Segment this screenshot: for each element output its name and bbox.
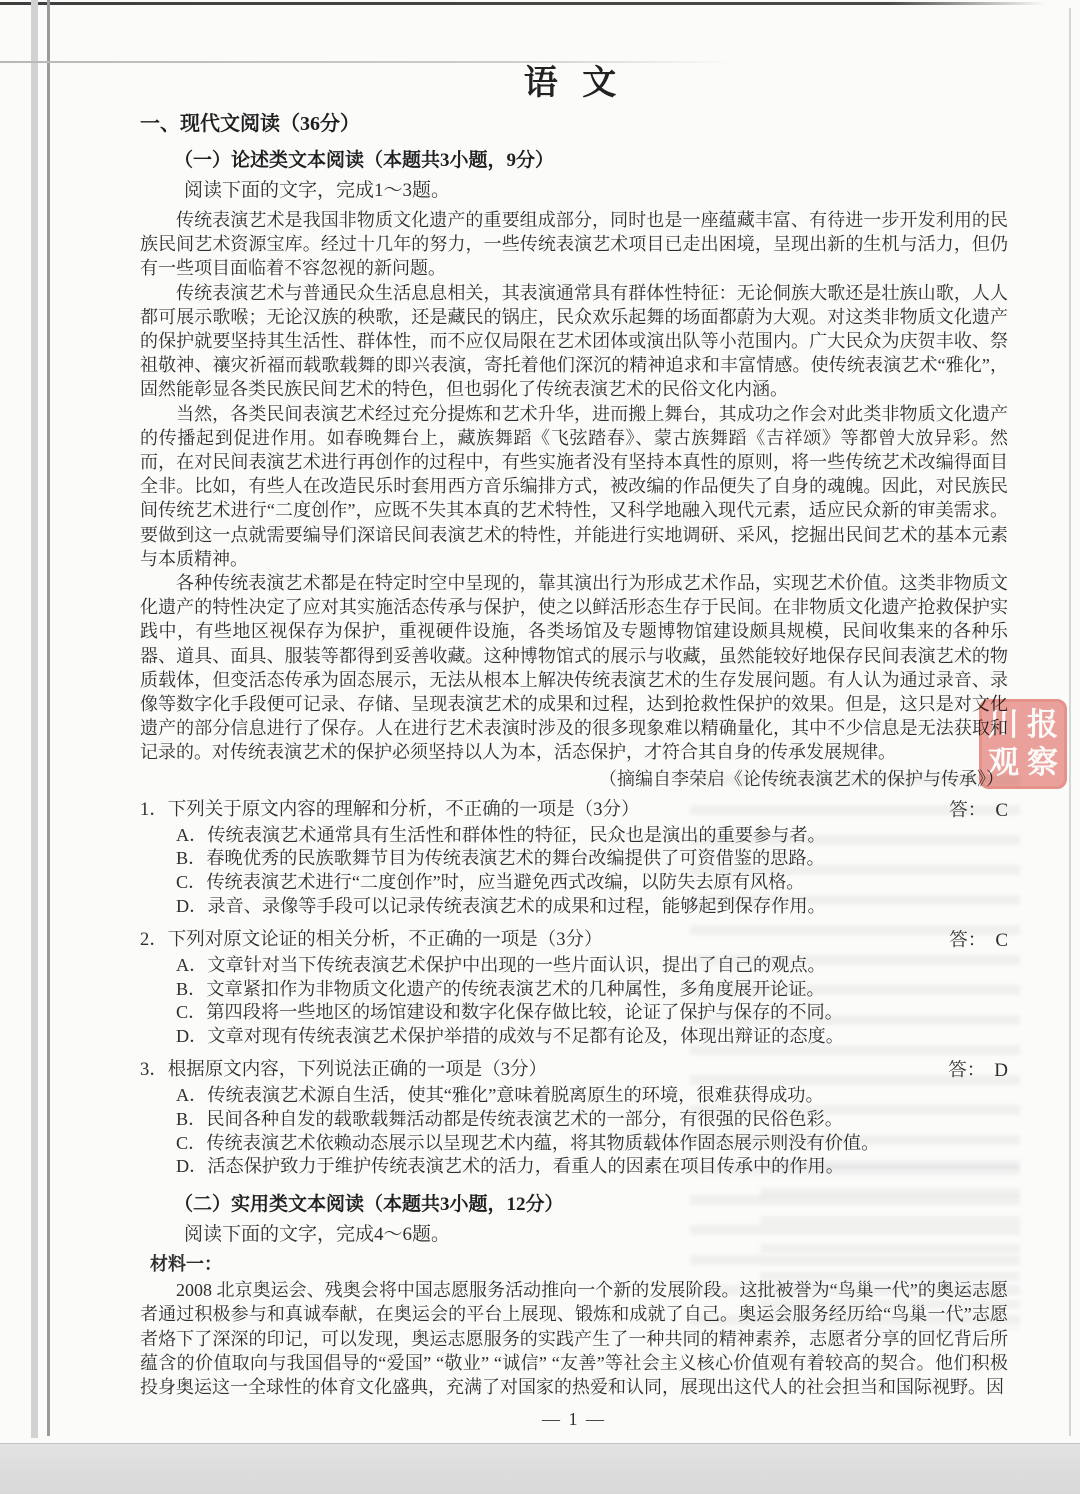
question-1-row: 1．下列关于原文内容的理解和分析，不正确的一项是（3分） 答：C bbox=[140, 798, 1008, 824]
question-2-option-d: D．文章对现有传统表演艺术保护举措的成效与不足都有论及，体现出辩证的态度。 bbox=[176, 1025, 1008, 1049]
question-1-option-b: B．春晚优秀的民族歌舞节目为传统表演艺术的舞台改编提供了可资借鉴的思路。 bbox=[176, 847, 1008, 871]
question-1: 1．下列关于原文内容的理解和分析，不正确的一项是（3分） 答：C A．传统表演艺… bbox=[140, 798, 1008, 919]
answer-letter: D bbox=[994, 1060, 1008, 1081]
question-2-option-b: B．文章紧扣作为非物质文化遗产的传统表演艺术的几种属性，多角度展开论证。 bbox=[176, 978, 1008, 1002]
article-attribution: （摘编自李荣启《论传统表演艺术的保护与传承》） bbox=[140, 767, 1008, 791]
question-2-stem: 2．下列对原文论证的相关分析，不正确的一项是（3分） bbox=[140, 928, 603, 953]
chuanbao-guancha-watermark-seal: 川 报 观 察 bbox=[979, 699, 1067, 789]
question-1-option-c: C．传统表演艺术进行“二度创作”时，应当避免西式改编，以防失去原有风格。 bbox=[176, 871, 1008, 895]
question-1-stem: 1．下列关于原文内容的理解和分析，不正确的一项是（3分） bbox=[140, 798, 640, 823]
question-3-option-c: C．传统表演艺术依赖动态展示以呈现艺术内蕴，将其物质载体作固态展示则没有价值。 bbox=[176, 1132, 1008, 1156]
page-content: 语 文 一、现代文阅读（36分） （一）论述类文本阅读（本题共3小题，9分） 阅… bbox=[140, 64, 1008, 1431]
part1-instruction: 阅读下面的文字，完成1～3题。 bbox=[184, 179, 1008, 203]
question-3-answer: 答：D bbox=[948, 1058, 1008, 1084]
seal-char: 观 bbox=[988, 746, 1019, 780]
question-3-option-a: A．传统表演艺术源自生活，使其“雅化”意味着脱离原生的环境，很难获得成功。 bbox=[176, 1084, 1008, 1108]
material-one-paragraph: 2008 北京奥运会、残奥会将中国志愿服务活动推向一个新的发展阶段。这批被誉为“… bbox=[140, 1278, 1008, 1399]
answer-label: 答： bbox=[948, 1061, 985, 1081]
scan-right-edge-line bbox=[1069, 8, 1071, 1436]
scan-top-edge-line bbox=[0, 2, 1046, 5]
question-3-option-b: B．民间各种自发的载歌载舞活动都是传统表演艺术的一部分，有很强的民俗色彩。 bbox=[176, 1108, 1008, 1132]
part2-instruction: 阅读下面的文字，完成4～6题。 bbox=[184, 1223, 1008, 1247]
answer-letter: C bbox=[995, 930, 1008, 951]
page-number: — 1 — bbox=[140, 1407, 1008, 1431]
question-1-answer: 答：C bbox=[949, 798, 1008, 824]
scan-left-band bbox=[31, 0, 38, 1438]
question-3-option-d: D．活态保护致力于维护传统表演艺术的活力，看重人的因素在项目传承中的作用。 bbox=[176, 1155, 1008, 1179]
scan-faint-horizontal-line bbox=[0, 61, 735, 63]
scanned-exam-page: 语 文 一、现代文阅读（36分） （一）论述类文本阅读（本题共3小题，9分） 阅… bbox=[0, 0, 1080, 1443]
question-3: 3．根据原文内容，下列说法正确的一项是（3分） 答：D A．传统表演艺术源自生活… bbox=[140, 1058, 1008, 1179]
article-paragraph-4: 各种传统表演艺术都是在特定时空中呈现的，靠其演出行为形成艺术作品，实现艺术价值。… bbox=[140, 571, 1008, 765]
article-paragraph-1: 传统表演艺术是我国非物质文化遗产的重要组成部分，同时也是一座蕴藏丰富、有待进一步… bbox=[140, 208, 1008, 281]
question-3-stem: 3．根据原文内容，下列说法正确的一项是（3分） bbox=[140, 1058, 547, 1083]
section-one-heading: 一、现代文阅读（36分） bbox=[140, 112, 1008, 137]
seal-char: 报 bbox=[1027, 708, 1058, 742]
answer-label: 答： bbox=[949, 931, 986, 951]
scan-left-edge-line bbox=[47, 0, 50, 1436]
material-one-label: 材料一： bbox=[150, 1252, 1008, 1276]
answer-label: 答： bbox=[949, 801, 986, 821]
part2-heading: （二）实用类文本阅读（本题共3小题，12分） bbox=[174, 1193, 1008, 1217]
question-2-row: 2．下列对原文论证的相关分析，不正确的一项是（3分） 答：C bbox=[140, 928, 1008, 954]
article-paragraph-2: 传统表演艺术与普通民众生活息息相关，其表演通常具有群体性特征：无论侗族大歌还是壮… bbox=[140, 281, 1008, 402]
seal-char: 察 bbox=[1027, 746, 1058, 780]
question-1-option-a: A．传统表演艺术通常具有生活性和群体性的特征，民众也是演出的重要参与者。 bbox=[176, 824, 1008, 848]
question-2-option-c: C．第四段将一些地区的场馆建设和数字化保存做比较，论证了保护与保存的不同。 bbox=[176, 1001, 1008, 1025]
part1-heading: （一）论述类文本阅读（本题共3小题，9分） bbox=[174, 149, 1008, 173]
answer-letter: C bbox=[995, 800, 1008, 821]
question-2-answer: 答：C bbox=[949, 928, 1008, 954]
question-3-row: 3．根据原文内容，下列说法正确的一项是（3分） 答：D bbox=[140, 1058, 1008, 1084]
question-2-option-a: A．文章针对当下传统表演艺术保护中出现的一些片面认识，提出了自己的观点。 bbox=[176, 954, 1008, 978]
article-paragraph-3: 当然，各类民间表演艺术经过充分提炼和艺术升华，进而搬上舞台，其成功之作会对此类非… bbox=[140, 402, 1008, 571]
question-1-option-d: D．录音、录像等手段可以记录传统表演艺术的成果和过程，能够起到保存作用。 bbox=[176, 895, 1008, 919]
question-2: 2．下列对原文论证的相关分析，不正确的一项是（3分） 答：C A．文章针对当下传… bbox=[140, 928, 1008, 1049]
scan-background-below-page bbox=[0, 1443, 1080, 1494]
paper-title: 语 文 bbox=[140, 64, 1008, 104]
seal-char: 川 bbox=[988, 708, 1019, 742]
